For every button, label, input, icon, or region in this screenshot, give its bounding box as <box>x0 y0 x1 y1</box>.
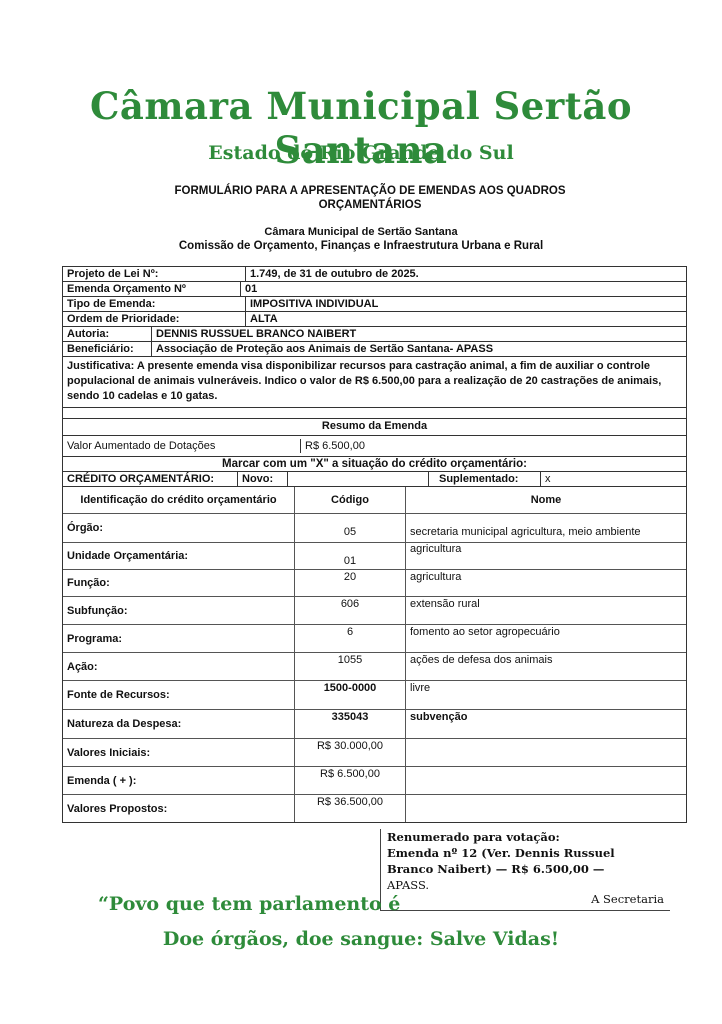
ident-row-label: Ação: <box>63 653 295 680</box>
ident-row-code: R$ 30.000,00 <box>295 739 406 766</box>
ident-row-label: Valores Iniciais: <box>63 739 295 766</box>
novo-checkbox[interactable] <box>288 472 429 486</box>
tipo-label: Tipo de Emenda: <box>63 297 246 311</box>
ident-header-codigo: Código <box>295 487 406 513</box>
ident-row-name: agricultura <box>406 543 686 569</box>
beneficiario-label: Beneficiário: <box>63 342 152 356</box>
ident-row: Função:20agricultura <box>63 570 686 597</box>
tipo-value: IMPOSITIVA INDIVIDUAL <box>246 297 686 311</box>
ident-row-code: 01 <box>295 543 406 569</box>
ident-row-code: R$ 6.500,00 <box>295 767 406 794</box>
ident-row-label: Subfunção: <box>63 597 295 624</box>
ident-row-name: secretaria municipal agricultura, meio a… <box>406 514 686 542</box>
row-ordem: Ordem de Prioridade: ALTA <box>63 312 686 327</box>
marcar-instruction: Marcar com um "X" a situação do crédito … <box>63 457 686 471</box>
footer-motto-1: “Povo que tem parlamento é <box>98 893 400 915</box>
beneficiario-value: Associação de Proteção aos Animais de Se… <box>152 342 686 356</box>
ident-row-name <box>406 767 686 794</box>
renumbering-stamp: Renumerado para votação: Emenda nº 12 (V… <box>380 829 670 911</box>
ident-row-name: agricultura <box>406 570 686 596</box>
ident-row-name: livre <box>406 681 686 709</box>
ident-row: Emenda ( + ):R$ 6.500,00 <box>63 767 686 795</box>
row-projeto: Projeto de Lei Nº: 1.749, de 31 de outub… <box>63 267 686 282</box>
ident-row-label: Valores Propostos: <box>63 795 295 822</box>
ordem-value: ALTA <box>246 312 686 326</box>
autoria-value: DENNIS RUSSUEL BRANCO NAIBERT <box>152 327 686 341</box>
emenda-label: Emenda Orçamento Nº <box>63 282 241 296</box>
stamp-line-2: Emenda nº 12 (Ver. Dennis Russuel <box>387 845 670 861</box>
form-title: FORMULÁRIO PARA A APRESENTAÇÃO DE EMENDA… <box>140 184 600 212</box>
ident-row: Ação:1055ações de defesa dos animais <box>63 653 686 681</box>
emenda-value: 01 <box>241 282 686 296</box>
row-credito: CRÉDITO ORÇAMENTÁRIO: Novo: Suplementado… <box>63 472 686 487</box>
row-marcar: Marcar com um "X" a situação do crédito … <box>63 457 686 472</box>
ident-row-code: R$ 36.500,00 <box>295 795 406 822</box>
valor-aumentado-label: Valor Aumentado de Dotações <box>63 439 301 453</box>
footer-motto-2: Doe órgãos, doe sangue: Salve Vidas! <box>0 928 722 950</box>
ident-row-name: fomento ao setor agropecuário <box>406 625 686 652</box>
ident-row-label: Órgão: <box>63 514 295 542</box>
row-spacer <box>63 408 686 419</box>
credito-label: CRÉDITO ORÇAMENTÁRIO: <box>63 472 238 486</box>
row-justificativa: Justificativa: A presente emenda visa di… <box>63 357 686 408</box>
ordem-label: Ordem de Prioridade: <box>63 312 246 326</box>
ident-header-nome: Nome <box>406 487 686 513</box>
row-tipo: Tipo de Emenda: IMPOSITIVA INDIVIDUAL <box>63 297 686 312</box>
stamp-signature: A Secretaria <box>591 891 664 907</box>
row-valor-aumentado: Valor Aumentado de Dotações R$ 6.500,00 <box>63 436 686 457</box>
justificativa-text: Justificativa: A presente emenda visa di… <box>63 357 686 407</box>
ident-row-code: 1500-0000 <box>295 681 406 709</box>
ident-row-label: Emenda ( + ): <box>63 767 295 794</box>
valor-aumentado-value: R$ 6.500,00 <box>301 439 686 453</box>
row-resumo-heading: Resumo da Emenda <box>63 419 686 436</box>
ident-row-code: 606 <box>295 597 406 624</box>
ident-row: Unidade Orçamentária:01agricultura <box>63 543 686 570</box>
ident-header-row: Identificação do crédito orçamentário Có… <box>63 487 686 514</box>
ident-row: Natureza da Despesa:335043subvenção <box>63 710 686 739</box>
ident-row: Subfunção:606extensão rural <box>63 597 686 625</box>
stamp-line-3: Branco Naibert) — R$ 6.500,00 — <box>387 861 670 877</box>
committee-name: Comissão de Orçamento, Finanças e Infrae… <box>0 240 722 252</box>
novo-label: Novo: <box>238 472 288 486</box>
ident-row-name: ações de defesa dos animais <box>406 653 686 680</box>
projeto-label: Projeto de Lei Nº: <box>63 267 246 281</box>
organization-name: Câmara Municipal de Sertão Santana <box>0 226 722 238</box>
ident-body: Órgão:05secretaria municipal agricultura… <box>63 514 686 822</box>
ident-row: Valores Iniciais:R$ 30.000,00 <box>63 739 686 767</box>
ident-row-code: 20 <box>295 570 406 596</box>
ident-row-code: 05 <box>295 514 406 542</box>
projeto-value: 1.749, de 31 de outubro de 2025. <box>246 267 686 281</box>
ident-row-code: 335043 <box>295 710 406 738</box>
ident-row-name <box>406 739 686 766</box>
ident-header-label: Identificação do crédito orçamentário <box>63 487 295 513</box>
ident-row: Programa:6fomento ao setor agropecuário <box>63 625 686 653</box>
ident-row-name <box>406 795 686 822</box>
stamp-line-1: Renumerado para votação: <box>387 829 670 845</box>
suplementado-label: Suplementado: <box>429 472 541 486</box>
ident-row-code: 1055 <box>295 653 406 680</box>
ident-row-label: Unidade Orçamentária: <box>63 543 295 569</box>
row-emenda: Emenda Orçamento Nº 01 <box>63 282 686 297</box>
ident-row: Fonte de Recursos:1500-0000livre <box>63 681 686 710</box>
letterhead-subtitle: Estado do Rio Grande do Sul <box>0 142 722 164</box>
ident-row-name: subvenção <box>406 710 686 738</box>
ident-row-name: extensão rural <box>406 597 686 624</box>
row-autoria: Autoria: DENNIS RUSSUEL BRANCO NAIBERT <box>63 327 686 342</box>
ident-row-label: Fonte de Recursos: <box>63 681 295 709</box>
autoria-label: Autoria: <box>63 327 152 341</box>
ident-row-code: 6 <box>295 625 406 652</box>
amendment-form-table: Projeto de Lei Nº: 1.749, de 31 de outub… <box>62 266 687 823</box>
ident-row: Órgão:05secretaria municipal agricultura… <box>63 514 686 543</box>
resumo-heading: Resumo da Emenda <box>63 419 686 435</box>
suplementado-checkbox[interactable]: x <box>541 472 686 486</box>
ident-row: Valores Propostos:R$ 36.500,00 <box>63 795 686 822</box>
ident-row-label: Função: <box>63 570 295 596</box>
ident-row-label: Natureza da Despesa: <box>63 710 295 738</box>
ident-row-label: Programa: <box>63 625 295 652</box>
row-beneficiario: Beneficiário: Associação de Proteção aos… <box>63 342 686 357</box>
